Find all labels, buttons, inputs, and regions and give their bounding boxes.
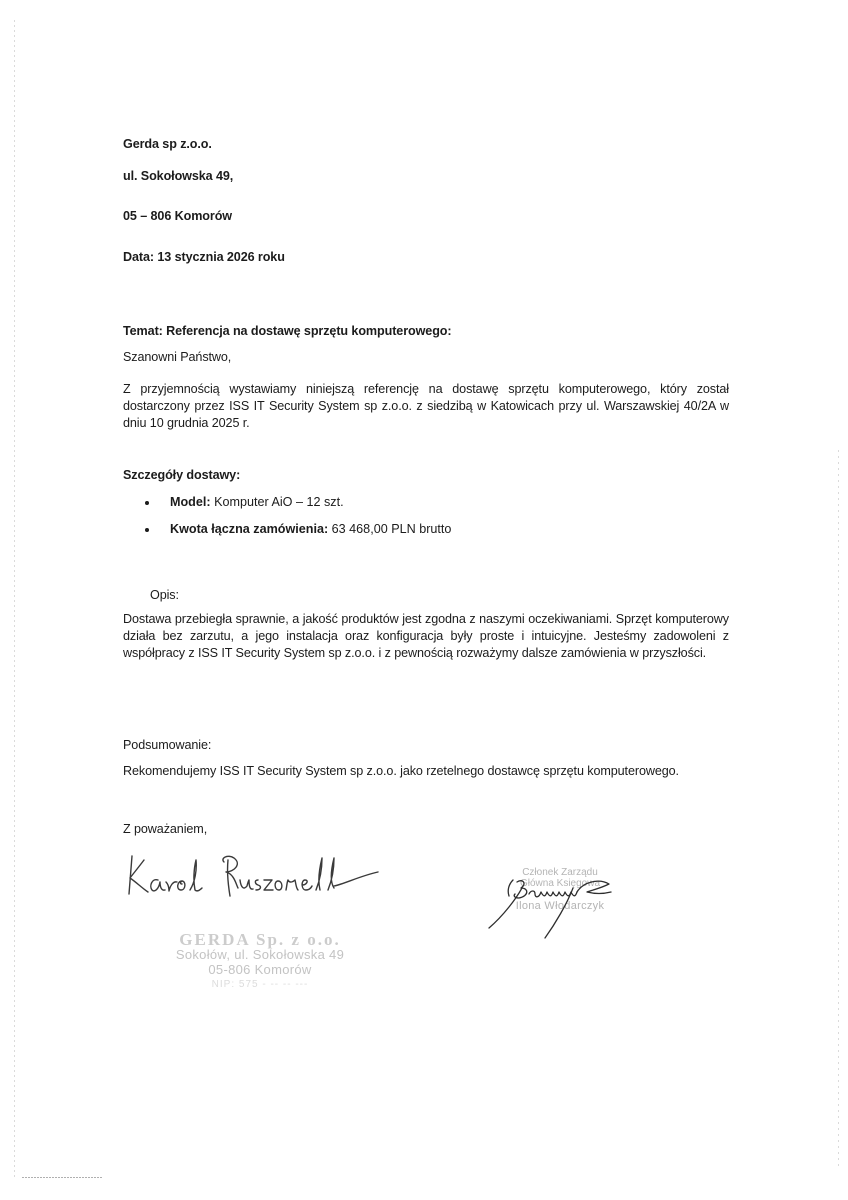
- summary-paragraph: Rekomendujemy ISS IT Security System sp …: [123, 763, 679, 779]
- scan-edge-artifact: [14, 20, 15, 1180]
- stamp-city: 05-806 Komorów: [140, 962, 380, 977]
- sender-company: Gerda sp z.o.o.: [123, 136, 212, 152]
- scan-edge-artifact: [838, 450, 839, 1170]
- detail-label: Model:: [170, 495, 211, 509]
- detail-value: Komputer AiO – 12 szt.: [211, 495, 344, 509]
- stamp-company-name: GERDA Sp. z o.o.: [140, 932, 380, 947]
- closing: Z poważaniem,: [123, 821, 207, 837]
- sender-city: 05 – 806 Komorów: [123, 208, 232, 224]
- company-stamp: GERDA Sp. z o.o. Sokołów, ul. Sokołowska…: [140, 932, 380, 992]
- description-paragraph: Dostawa przebiegła sprawnie, a jakość pr…: [123, 611, 729, 662]
- list-item: Kwota łączna zamówienia: 63 468,00 PLN b…: [145, 521, 451, 537]
- detail-label: Kwota łączna zamówienia:: [170, 522, 328, 536]
- list-item: Model: Komputer AiO – 12 szt.: [145, 494, 451, 510]
- sender-street: ul. Sokołowska 49,: [123, 168, 233, 184]
- handwritten-signature: [124, 850, 384, 904]
- details-heading: Szczegóły dostawy:: [123, 467, 240, 483]
- scanned-document-page: Gerda sp z.o.o. ul. Sokołowska 49, 05 – …: [0, 0, 848, 1200]
- salutation: Szanowni Państwo,: [123, 349, 231, 365]
- scan-edge-artifact: [22, 1177, 102, 1178]
- detail-value: 63 468,00 PLN brutto: [328, 522, 451, 536]
- letter-date: Data: 13 stycznia 2026 roku: [123, 249, 285, 265]
- description-label: Opis:: [150, 587, 179, 603]
- stamp-address: Sokołów, ul. Sokołowska 49: [140, 947, 380, 962]
- delivery-details-list: Model: Komputer AiO – 12 szt. Kwota łącz…: [145, 494, 451, 537]
- handwritten-signature: [483, 872, 623, 942]
- summary-label: Podsumowanie:: [123, 737, 211, 753]
- letter-subject: Temat: Referencja na dostawę sprzętu kom…: [123, 323, 451, 339]
- stamp-nip: NIP: 575 - -- -- ---: [140, 977, 380, 992]
- intro-paragraph: Z przyjemnością wystawiamy niniejszą ref…: [123, 381, 729, 432]
